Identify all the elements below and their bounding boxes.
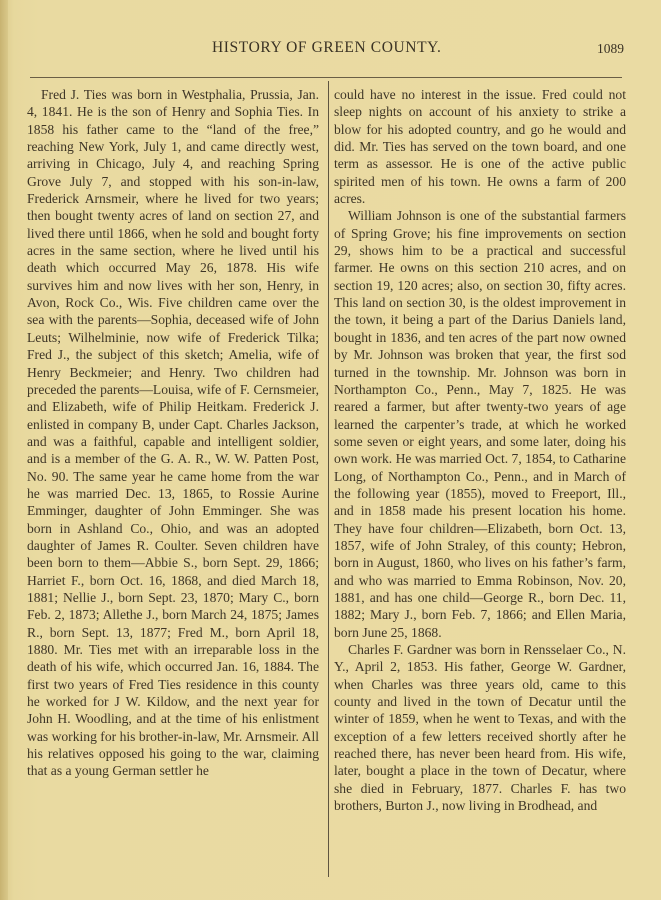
book-page: HISTORY OF GREEN COUNTY. 1089 Fred J. Ti…	[0, 0, 661, 900]
running-head: HISTORY OF GREEN COUNTY. 1089	[0, 39, 661, 59]
page-binding-shadow	[0, 0, 8, 900]
header-rule	[30, 77, 622, 78]
paragraph-fred-ties: Fred J. Ties was born in Westphalia, Pru…	[27, 86, 319, 780]
paragraph-charles-gardner: Charles F. Gardner was born in Rensselae…	[334, 641, 626, 814]
right-column: could have no interest in the issue. Fre…	[334, 86, 626, 814]
column-divider	[328, 81, 329, 877]
paragraph-fred-ties-continued: could have no interest in the issue. Fre…	[334, 86, 626, 207]
paragraph-william-johnson: William Johnson is one of the substantia…	[334, 207, 626, 641]
running-title: HISTORY OF GREEN COUNTY.	[212, 39, 441, 57]
left-column: Fred J. Ties was born in Westphalia, Pru…	[27, 86, 319, 780]
page-number: 1089	[597, 41, 624, 57]
